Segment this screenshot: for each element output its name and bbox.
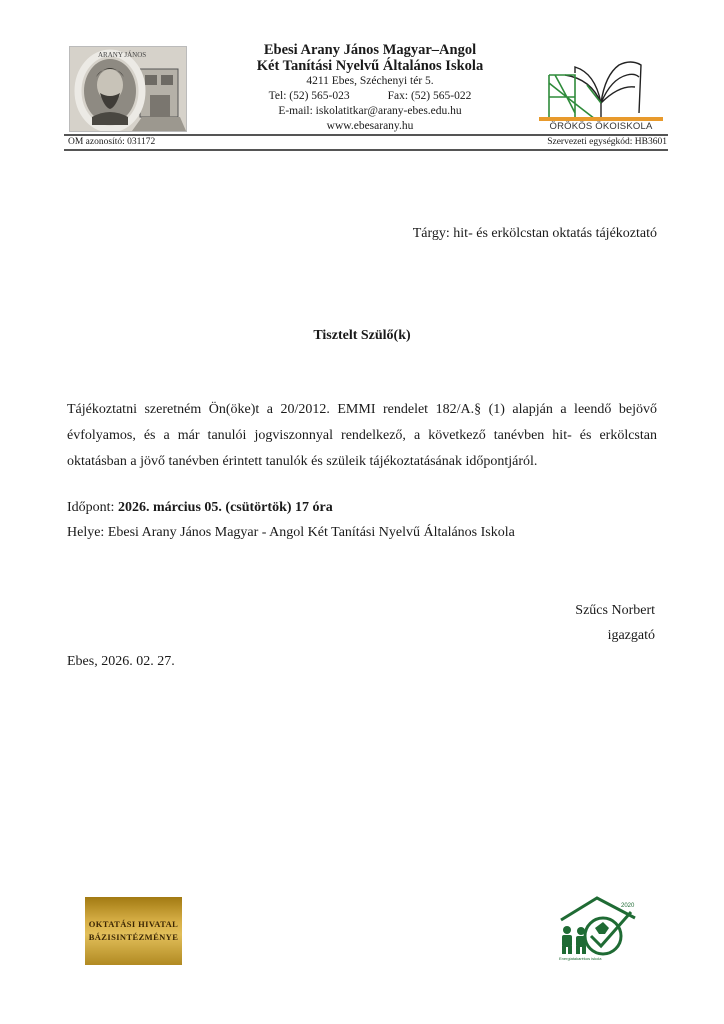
school-header: Ebesi Arany János Magyar–Angol Két Tanít…: [210, 42, 530, 134]
oh-badge-line2: BÁZISINTÉZMÉNYE: [89, 931, 179, 944]
school-address: 4211 Ebes, Széchenyi tér 5.: [210, 74, 530, 89]
school-website: www.ebesarany.hu: [210, 119, 530, 134]
place-date: Ebes, 2026. 02. 27.: [67, 654, 175, 670]
energy-saving-school-logo: 2020 Energiatakarékos iskola: [555, 894, 647, 962]
svg-text:Energiatakarékos iskola: Energiatakarékos iskola: [559, 956, 602, 961]
school-phone: Tel: (52) 565-023: [269, 89, 350, 104]
event-time: Időpont: 2026. március 05. (csütörtök) 1…: [67, 500, 333, 516]
event-time-value: 2026. március 05. (csütörtök) 17 óra: [118, 500, 333, 515]
om-id: OM azonosító: 031172: [68, 137, 155, 147]
paragraph-line: oktatásban a jövő tanévben érintett tanu…: [67, 449, 657, 475]
event-location: Helye: Ebesi Arany János Magyar - Angol …: [67, 525, 515, 541]
event-time-label: Időpont:: [67, 500, 118, 515]
letter-paragraph: Tájékoztatni szeretném Ön(öke)t a 20/201…: [67, 397, 657, 475]
oktatasi-hivatal-badge: OKTATÁSI HIVATAL BÁZISINTÉZMÉNYE: [85, 897, 182, 965]
portrait-logo: ARANY JÁNOS: [69, 46, 187, 132]
letter-salutation: Tisztelt Szülő(k): [0, 328, 724, 344]
svg-text:2020: 2020: [621, 903, 635, 909]
oh-badge-line1: OKTATÁSI HIVATAL: [89, 918, 178, 931]
paragraph-line: évfolyamos, és a már tanulói jogviszonny…: [67, 423, 657, 449]
school-email: E-mail: iskolatitkar@arany-ebes.edu.hu: [210, 104, 530, 119]
school-name-line1: Ebesi Arany János Magyar–Angol: [210, 42, 530, 58]
school-fax: Fax: (52) 565-022: [388, 89, 472, 104]
header-divider-bottom: [64, 149, 668, 151]
signer-name: Szűcs Norbert: [575, 603, 655, 619]
paragraph-line: Tájékoztatni szeretném Ön(öke)t a 20/201…: [67, 397, 657, 423]
org-unit-code: Szervezeti egységkód: HB3601: [547, 137, 667, 147]
eco-school-label: ÖRÖKÖS ÖKOISKOLA: [535, 121, 667, 132]
signer-title: igazgató: [608, 628, 655, 644]
header-divider-top: [64, 134, 668, 136]
svg-text:ARANY JÁNOS: ARANY JÁNOS: [98, 51, 146, 59]
school-name-line2: Két Tanítási Nyelvű Általános Iskola: [210, 58, 530, 74]
letter-subject: Tárgy: hit- és erkölcstan oktatás tájéko…: [413, 226, 657, 242]
